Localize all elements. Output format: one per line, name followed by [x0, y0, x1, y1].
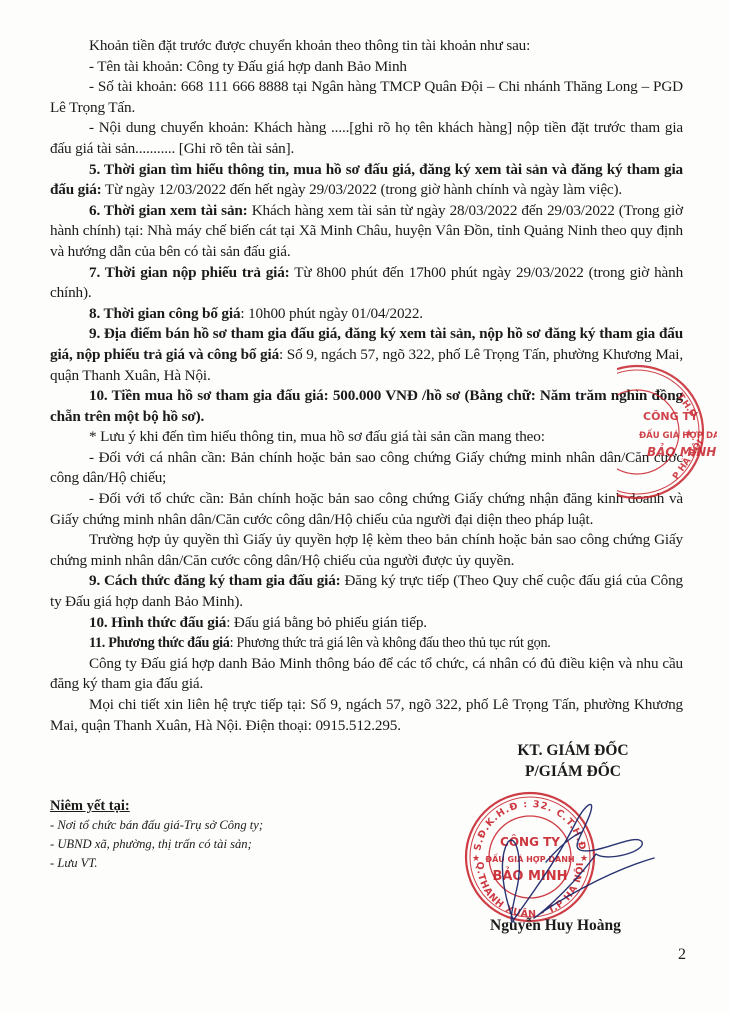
paragraph-bold: 10. Tiền mua hồ sơ tham gia đấu giá: 500… [50, 387, 683, 425]
partial-stamp: CÔNG TY ĐẤU GIÁ HỢP DANH BẢO MINH ★ T.H.… [617, 362, 717, 502]
paragraph: 5. Thời gian tìm hiểu thông tin, mua hồ … [50, 160, 683, 201]
paragraph-label: 10. Hình thức đấu giá [89, 614, 226, 631]
signer-name: Nguyễn Huy Hoàng [490, 917, 621, 935]
svg-text:BẢO MINH: BẢO MINH [647, 443, 716, 459]
paragraph: 11. Phương thức đấu giá: Phương thức trả… [50, 633, 683, 654]
signature-title: KT. GIÁM ĐỐC [468, 740, 678, 761]
signature-block: KT. GIÁM ĐỐC P/GIÁM ĐỐC [468, 740, 678, 782]
notice-item: - Lưu VT. [50, 854, 370, 873]
svg-text:ĐẤU GIÁ HỢP DANH: ĐẤU GIÁ HỢP DANH [639, 428, 717, 441]
paragraph: - Số tài khoản: 668 111 666 8888 tại Ngâ… [50, 77, 683, 118]
paragraph: 10. Hình thức đấu giá: Đấu giá bằng bỏ p… [50, 613, 683, 634]
paragraph: - Nội dung chuyển khoản: Khách hàng ....… [50, 118, 683, 159]
paragraph-label: 8. Thời gian công bố giá [89, 305, 240, 322]
company-stamp: S.Đ.K.H.Đ : 32. C.T.H.Đ Q.THANH XUÂN - T… [463, 790, 597, 924]
svg-text:★: ★ [684, 427, 694, 440]
paragraph: - Đối với cá nhân cần: Bản chính hoặc bả… [50, 448, 683, 489]
notice-item: - UBND xã, phường, thị trấn có tài sản; [50, 835, 370, 854]
svg-text:BẢO MINH: BẢO MINH [492, 867, 567, 884]
paragraph: Trường hợp ủy quyền thì Giấy ủy quyền hợ… [50, 530, 683, 571]
paragraph-label: 9. Cách thức đăng ký tham gia đấu giá: [89, 572, 341, 589]
paragraph-label: 7. Thời gian nộp phiếu trả giá: [89, 264, 290, 281]
page-number: 2 [678, 946, 686, 964]
paragraph-label: 11. Phương thức đấu giá [89, 635, 230, 651]
document-body: Khoản tiền đặt trước được chuyển khoản t… [50, 36, 683, 736]
paragraph: * Lưu ý khi đến tìm hiểu thông tin, mua … [50, 427, 683, 448]
notice-title: Niêm yết tại: [50, 796, 370, 816]
paragraph: Công ty Đấu giá hợp danh Bảo Minh thông … [50, 654, 683, 695]
paragraph-label: 5. Thời gian tìm hiểu thông tin, mua hồ … [50, 161, 683, 199]
signature-subtitle: P/GIÁM ĐỐC [468, 761, 678, 782]
svg-text:ĐẤU GIÁ HỢP DANH: ĐẤU GIÁ HỢP DANH [485, 852, 574, 864]
notice-item: - Nơi tổ chức bán đấu giá-Trụ sở Công ty… [50, 816, 370, 835]
svg-text:★: ★ [472, 854, 480, 864]
paragraph-label: 6. Thời gian xem tài sản: [89, 202, 248, 219]
paragraph: 7. Thời gian nộp phiếu trả giá: Từ 8h00 … [50, 263, 683, 304]
paragraph: - Tên tài khoản: Công ty Đấu giá hợp dan… [50, 57, 683, 78]
paragraph: 8. Thời gian công bố giá: 10h00 phút ngà… [50, 304, 683, 325]
paragraph: - Đối với tổ chức cần: Bản chính hoặc bả… [50, 489, 683, 530]
paragraph: 9. Cách thức đăng ký tham gia đấu giá: Đ… [50, 571, 683, 612]
posting-notice: Niêm yết tại: - Nơi tổ chức bán đấu giá-… [50, 796, 370, 873]
svg-text:CÔNG TY: CÔNG TY [500, 834, 560, 849]
paragraph-label: 9. Địa điểm bán hồ sơ tham gia đấu giá, … [50, 325, 683, 363]
paragraph: Mọi chi tiết xin liên hệ trực tiếp tại: … [50, 695, 683, 736]
svg-text:★: ★ [580, 854, 588, 864]
paragraph: 6. Thời gian xem tài sản: Khách hàng xem… [50, 201, 683, 263]
paragraph: 9. Địa điểm bán hồ sơ tham gia đấu giá, … [50, 324, 683, 386]
paragraph: Khoản tiền đặt trước được chuyển khoản t… [50, 36, 683, 57]
document-page: Khoản tiền đặt trước được chuyển khoản t… [0, 0, 730, 1013]
paragraph: 10. Tiền mua hồ sơ tham gia đấu giá: 500… [50, 386, 683, 427]
